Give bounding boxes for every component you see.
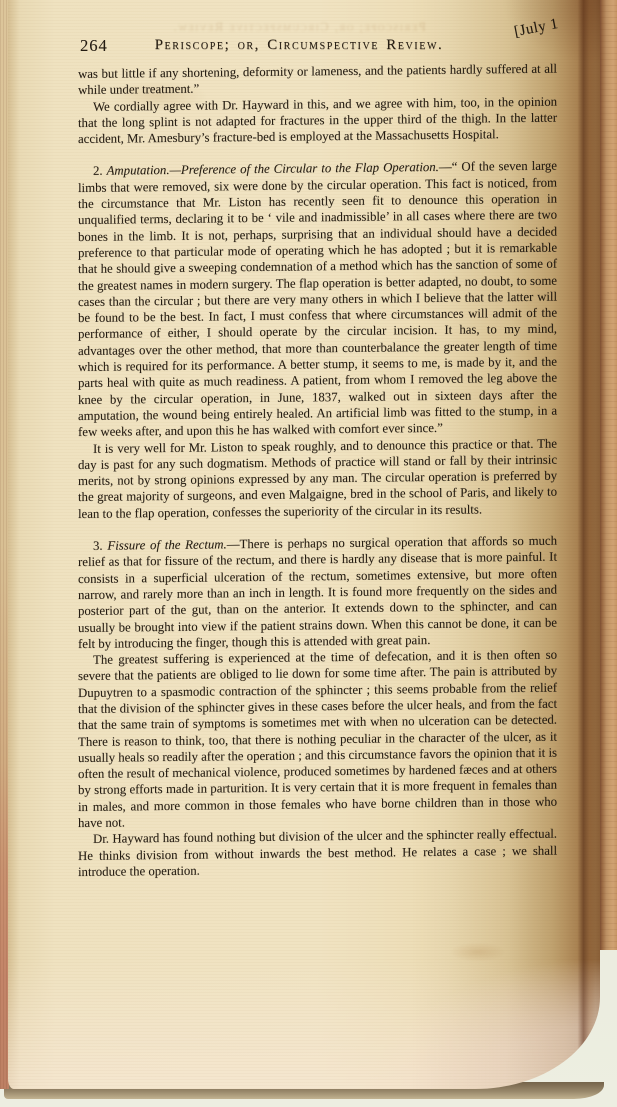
book-fore-edge — [600, 0, 617, 950]
paragraph: was but little if any shortening, deform… — [78, 61, 557, 99]
paragraph-text: 2. — [93, 164, 107, 178]
paragraph-text: The greatest suffering is experienced at… — [78, 648, 557, 830]
paragraph: 2. Amputation.—Preference of the Circula… — [78, 158, 557, 440]
section-title-italic: Amputation.—Preference of the Circular t… — [107, 160, 439, 178]
paragraph: It is very well for Mr. Liston to speak … — [78, 435, 557, 522]
show-through-text: Periscope; or, Circumspective Review. — [148, 20, 450, 35]
running-title: Periscope; or, Circumspective Review. — [148, 37, 450, 54]
paragraph-text: was but little if any shortening, deform… — [78, 62, 557, 98]
paragraph-text: —“ Of the seven large limbs that were re… — [78, 159, 557, 439]
paragraph-text: It is very well for Mr. Liston to speak … — [78, 436, 557, 521]
page-body-text: was but little if any shortening, deform… — [78, 61, 557, 881]
paragraph: The greatest suffering is experienced at… — [78, 647, 557, 832]
paragraph: 3. Fissure of the Rectum.—There is perha… — [78, 533, 557, 653]
paragraph: Dr. Hayward has found nothing but divisi… — [78, 826, 557, 880]
book-scan: Periscope; or, Circumspective Review. 26… — [0, 0, 617, 1107]
paragraph: We cordially agree with Dr. Hayward in t… — [78, 93, 557, 147]
paragraph-text: 3. — [93, 539, 107, 553]
paragraph-text: We cordially agree with Dr. Hayward in t… — [78, 94, 557, 146]
paragraph-text: Dr. Hayward has found nothing but divisi… — [78, 827, 557, 879]
issue-date: [July 1 — [513, 16, 560, 41]
page-header: 264 Periscope; or, Circumspective Review… — [8, 36, 600, 60]
section-title-italic: Fissure of the Rectum. — [107, 537, 226, 552]
page-number: 264 — [80, 36, 108, 56]
book-page: Periscope; or, Circumspective Review. 26… — [8, 0, 600, 1089]
